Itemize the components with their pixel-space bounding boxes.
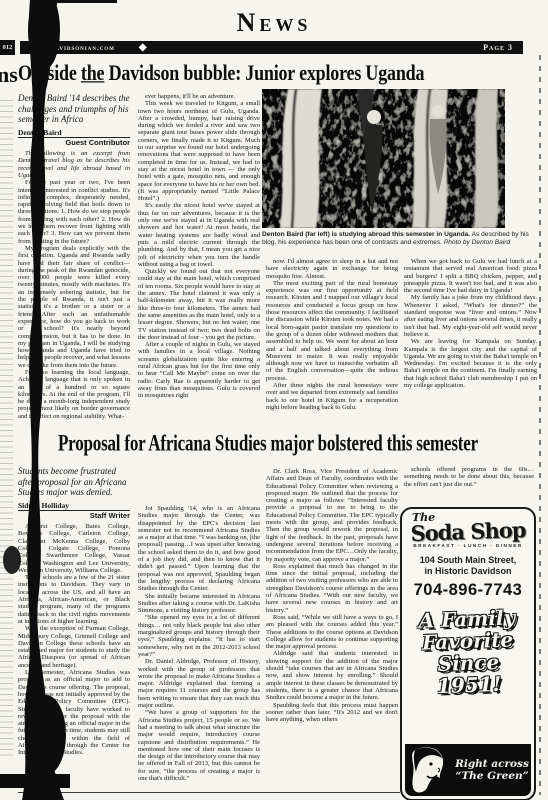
paragraph: now. I'd almost agree to sleep in a hut … [266,258,398,280]
photo-credit: Photo by Denton Baird [444,239,510,246]
paragraph: My program deals explicitly with the fir… [18,245,130,369]
date-fragment: 012 [0,40,15,55]
article1-column4: When we got back to Gulu we had lunch at… [404,258,537,426]
photo-caption: Denton Baird (far left) is studying abro… [262,231,540,247]
article1-intro-note: The following is an excerpt from Denton'… [18,150,130,179]
article1-byline: Denton Baird [18,129,130,138]
article2-byline: Sidney Holliday [18,502,130,511]
article1-column2: ever happens, it'll be an adventure.This… [138,93,260,428]
paragraph: Dr. Clark Ross, Vice President of Academ… [266,468,398,563]
scan-line-fragment [55,0,117,3]
paragraph: The most exciting part of the rural home… [266,280,398,382]
section-title: News [0,8,548,38]
masthead-bar: www.davidsonian.com ◆ Page 3 [20,41,523,54]
article1-byline-role: Guest Contributor [18,139,130,146]
bottom-rule [18,792,400,793]
paragraph: After three nights the rural homestays w… [266,382,398,411]
paragraph: I'm also learning the local language, Ac… [18,369,130,420]
ad-address-line1: 104 South Main Street, [402,555,534,566]
ad-address-line2: in Historic Davidson [402,566,534,577]
ad-footer: Right across “The Green” [405,744,531,796]
ad-phone: 704-896-7743 [402,581,534,600]
headline-part: Davidson bubble: Junior explores Uganda [104,60,424,85]
paragraph: “We have a group of supporters for the A… [138,709,260,782]
paragraph: After a couple of nights in Gulu, we sta… [138,341,260,399]
paragraph: It's easily the nicest hotel we've staye… [138,202,260,268]
paragraph: When we got back to Gulu we had lunch at… [404,258,537,294]
article1-column1-body: For the past year or two, I've been inte… [18,179,130,420]
article2-column2: Joi Spaulding '14, who is an Africana St… [138,505,260,787]
site-url: www.davidsonian.com [30,44,115,52]
article2-deck: Students become frustrated after proposa… [18,466,130,498]
ad-footer-line1: Right across [453,758,531,770]
paragraph: With the exception of Furman College, Mi… [18,625,130,669]
paragraph: For the past year or two, I've been inte… [18,179,130,245]
paragraph: She initially became interested in Afric… [138,593,260,615]
diamond-icon: ◆ [139,43,147,53]
paragraph: Aldridge said that students interested i… [266,650,398,701]
page-edge-dashes [539,55,541,795]
headline-part: Outside [18,60,81,85]
paragraph: “She opened my eyes to a lot of differen… [138,614,260,658]
paragraph: My family has a joke from my childhood d… [404,294,537,338]
ad-slogan-line3: Since 1951! [402,650,535,699]
ad-footer-line2: “The Green” [453,770,531,782]
article2-byline-role: Staff Writer [18,512,130,519]
paragraph: schools offered programs in the 60s…some… [404,466,534,488]
article1-headline: Outside the Davidson bubble: Junior expl… [18,60,518,86]
adjacent-page-text-noise [0,100,13,760]
soda-shop-ad: The Soda Shop BREAKFAST · LUNCH · DINNER… [400,507,536,800]
adjacent-page-fragment: ns [0,62,18,88]
article2-column4: schools offered programs in the 60s…some… [404,466,534,506]
paragraph: Quickly we found out that not everyone c… [138,268,260,341]
paragraph: Amherst College, Bates College, Bowdoin … [18,523,130,574]
paragraph: These schools are a few of the 21 sister… [18,574,130,625]
article1-column1: Denton Baird '14 describes the challenge… [18,93,130,425]
article2-column3: Dr. Clark Ross, Vice President of Academ… [266,468,398,788]
paragraph: Joi Spaulding '14, who is an Africana St… [138,505,260,593]
ad-logo: Soda Shop [402,520,535,545]
article2-column1: Students become frustrated after proposa… [18,466,130,786]
paragraph: Ross said, “While we still have a ways t… [266,614,398,650]
paragraph: Spaulding feels that this process must h… [266,702,398,724]
article1-deck: Denton Baird '14 describes the challenge… [18,93,130,125]
article1-column3: now. I'd almost agree to sleep in a hut … [266,258,398,424]
paragraph: This week we traveled to Kitgum, a small… [138,100,260,202]
woman-illustration [405,744,453,796]
caption-lead: Denton Baird (far left) is studying abro… [262,231,470,238]
paragraph: We are leaving for Kampala on Sunday. Ka… [404,338,537,389]
paragraph: Dr. Daniel Aldridge, Professor of Histor… [138,658,260,709]
uganda-forest-photo [262,89,505,228]
article2-headline: Proposal for Africana Studies major bols… [58,430,548,457]
paragraph: Ross explained that much has changed in … [266,563,398,614]
article2-column1-body: Amherst College, Bates College, Bowdoin … [18,523,130,757]
paragraph: Last semester, Africana Studies was prop… [18,669,130,757]
page-number: Page 3 [483,43,513,52]
paragraph: ever happens, it'll be an adventure. [138,93,260,100]
headline-underlined-word: the [81,60,104,85]
